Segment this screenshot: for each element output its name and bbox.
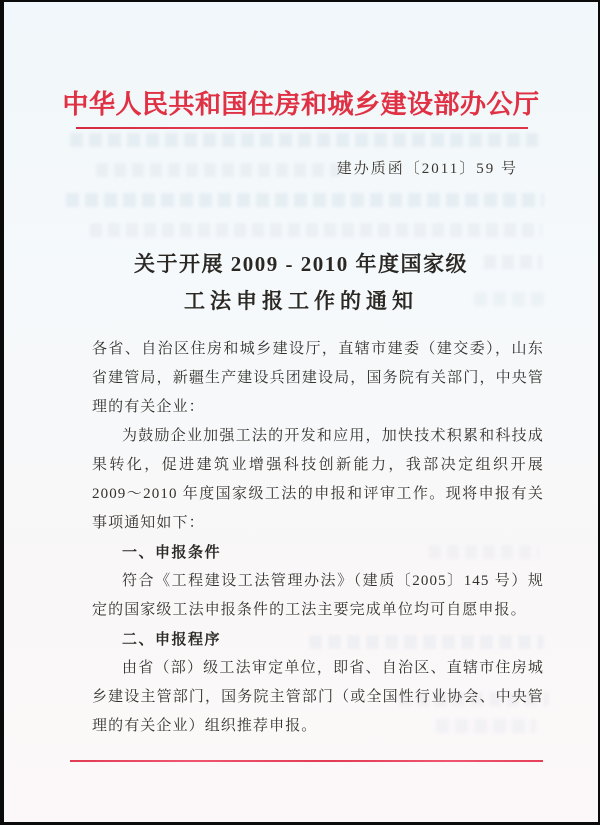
bleedthrough-mark xyxy=(90,223,542,237)
section-1-body: 符合《工程建设工法管理办法》（建质〔2005〕145 号）规定的国家级工法申报条… xyxy=(92,567,544,625)
intro-paragraph: 为鼓励企业加强工法的开发和应用，加快技术积累和科技成果转化，促进建筑业增强科技创… xyxy=(92,422,544,538)
doc-number: 建办质函〔2011〕59 号 xyxy=(337,157,518,178)
notice-title: 关于开展 2009 - 2010 年度国家级 工法申报工作的通知 xyxy=(4,246,598,320)
bleedthrough-mark xyxy=(66,193,544,207)
section-2-heading: 二、申报程序 xyxy=(92,625,544,654)
section-2-body: 由省（部）级工法审定单位，即省、自治区、直辖市住房城乡建设主管部门，国务院主管部… xyxy=(92,654,544,741)
letterhead-org-name: 中华人民共和国住房和城乡建设部办公厅 xyxy=(4,84,598,121)
footer-rule xyxy=(70,760,543,762)
section-1-heading: 一、申报条件 xyxy=(92,538,544,567)
salutation: 各省、自治区住房和城乡建设厅，直辖市建委（建交委），山东省建管局，新疆生产建设兵… xyxy=(92,335,544,422)
letterhead-rule xyxy=(76,127,528,129)
bleedthrough-mark xyxy=(96,163,346,177)
bleedthrough-mark xyxy=(70,133,538,147)
scanned-notice-page: 中华人民共和国住房和城乡建设部办公厅 建办质函〔2011〕59 号 关于开展 2… xyxy=(0,0,600,825)
notice-title-line2: 工法申报工作的通知 xyxy=(4,283,598,320)
notice-title-line1: 关于开展 2009 - 2010 年度国家级 xyxy=(4,246,598,283)
notice-body: 各省、自治区住房和城乡建设厅，直辖市建委（建交委），山东省建管局，新疆生产建设兵… xyxy=(92,335,544,741)
